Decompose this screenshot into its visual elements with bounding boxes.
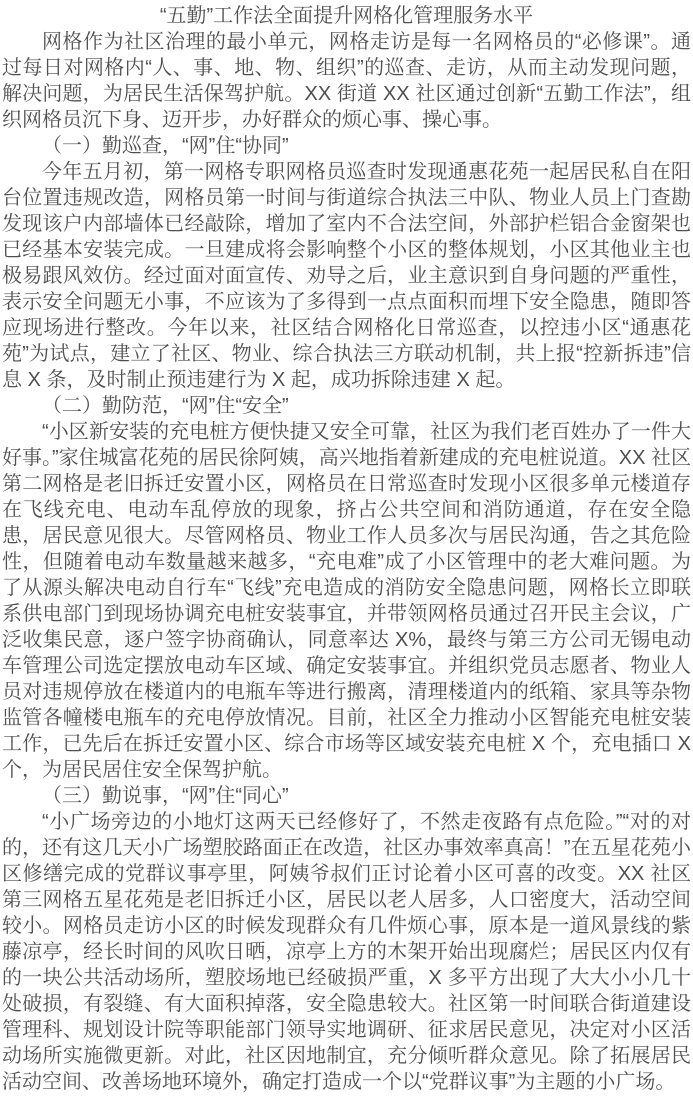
section-heading: （二）勤防范，“网”住“安全” bbox=[2, 393, 691, 419]
document-body: 网格作为社区治理的最小单元，网格走访是每一名网格员的“必修课”。通过每日对网格内… bbox=[2, 29, 691, 1095]
paragraph: “小区新安装的充电桩方便快捷又安全可靠，社区为我们老百姓办了一件大好事。”家住城… bbox=[2, 419, 691, 783]
paragraph: 网格作为社区治理的最小单元，网格走访是每一名网格员的“必修课”。通过每日对网格内… bbox=[2, 29, 691, 133]
paragraph: “小广场旁边的小地灯这两天已经修好了，不然走夜路有点危险。”“对的对的，还有这几… bbox=[2, 809, 691, 1095]
document-title: “五勤”工作法全面提升网格化管理服务水平 bbox=[2, 3, 691, 29]
paragraph: 今年五月初，第一网格专职网格员巡查时发现通惠花苑一起居民私自在阳台位置违规改造，… bbox=[2, 159, 691, 393]
section-heading: （一）勤巡查，“网”住“协同” bbox=[2, 133, 691, 159]
section-heading: （三）勤说事，“网”住“同心” bbox=[2, 783, 691, 809]
document-page: “五勤”工作法全面提升网格化管理服务水平 网格作为社区治理的最小单元，网格走访是… bbox=[0, 0, 693, 1097]
